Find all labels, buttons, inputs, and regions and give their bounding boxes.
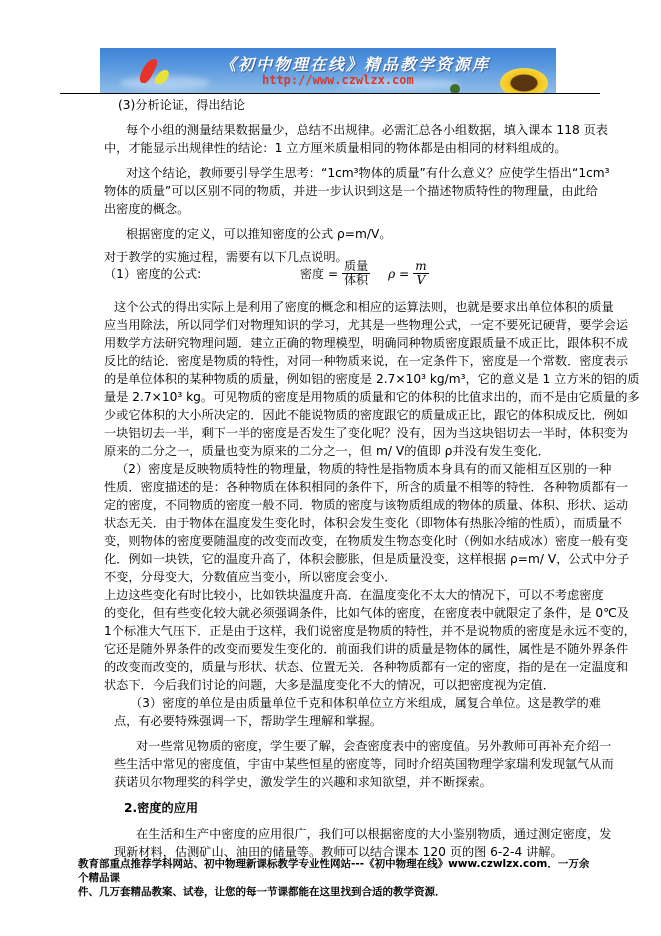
paragraph-line: 性质．密度描述的是：各种物质在体积相同的条件下，所含的质量不相等的特性．各种物质… (104, 478, 628, 497)
paragraph-line: 出密度的概念。 (104, 200, 189, 219)
paragraph-line: 应当用除法，所以同学们对物理知识的学习，尤其是一些物理公式，一定不要死记硬背，要… (104, 316, 628, 335)
list-item-label: （1）密度的公式: (104, 265, 201, 284)
paragraph-line: 原来的二分之一，质量也变为原来的二分之一，但 m/ V的值即 ρ并没有发生变化． (104, 442, 550, 461)
banner-url: http://www.czwlzx.com (262, 73, 414, 87)
paragraph-line: 每个小组的测量结果数据量少，总结不出规律。必需汇总各小组数据，填入课本 118 … (126, 121, 608, 140)
paragraph-line: 些生活中常见的密度值，宇宙中某些恒星的密度等，同时介绍英国物理学家瑞利发现氩气从… (114, 755, 614, 774)
footer-line: 件、几万套精品教案、试卷，让您的每一节课都能在这里找到合适的教学资源． (78, 885, 598, 899)
paragraph-line: 的是单位体积的某种物质的质量，例如铝的密度是 2.7×10³ kg/m³，它的意… (104, 370, 639, 389)
paragraph-line: 少或它体积的大小所决定的．因此不能说物质的密度跟它的质量成正比，跟它的体积成反比… (104, 406, 628, 425)
paragraph-line: 的改变而改变的，质量与形状、状态、位置无关．各种物质都有一定的密度，指的是在一定… (104, 658, 628, 677)
footer-line: 教育部重点推荐学科网站、初中物理新课标教学专业性网站---《初中物理在线》www… (78, 857, 598, 885)
formula-denominator: 体积 (342, 274, 370, 287)
paragraph-line: 反比的结论．密度是物质的特性，对同一种物质来说，在一定条件下，密度是一个常数．密… (104, 352, 628, 371)
paragraph-line: 化．例如一块铁，它的温度升高了，体积会膨胀，但是质量没变，这样根据 ρ=m/ V… (104, 550, 629, 569)
paragraph-line: 变，则物体的密度要随温度的改变而改变，在物质发生物态变化时（例如水结成冰）密度一… (104, 532, 628, 551)
paragraph-line: 状态无关．由于物体在温度发生变化时，体积会发生变化（即物体有热胀冷缩的性质），而… (104, 514, 622, 533)
header-divider (60, 93, 600, 94)
paragraph-line: 获诺贝尔物理奖的科学史，激发学生的兴趣和求知欲望，并不断探索。 (114, 773, 492, 792)
paragraph-line: 物体的质量”可以区别不同的物质，并进一步认识到这是一个描述物质特性的物理量，由此… (104, 182, 598, 201)
section-heading: (3)分析论证，得出结论 (118, 96, 245, 115)
paragraph-line: 的变化，但有些变化较大就必须强调条件，比如气体的密度，在密度表中就限定了条件，是… (104, 604, 629, 623)
paragraph-line: 一块铝切去一半，剩下一半的密度是否发生了变化呢？没有，因为当这块铝切去一半时，体… (104, 424, 628, 443)
paragraph-line: 在生活和生产中密度的应用很广，我们可以根据密度的大小鉴别物质，通过测定密度，发 (136, 825, 611, 844)
formula-numerator: m (413, 260, 428, 274)
formula-denominator: V (415, 274, 428, 287)
formula-equals: = (399, 267, 409, 281)
paragraph-line: 这个公式的得出实际上是利用了密度的概念和相应的运算法则，也就是要求出单位体积的质… (114, 298, 614, 317)
sunflower-icon (500, 68, 548, 93)
formula-equals: = (328, 267, 338, 281)
paragraph-line: 状态下．今后我们讨论的问题，大多是温度变化不大的情况，可以把密度视为定值． (104, 676, 555, 695)
leaf-icon (450, 84, 460, 93)
paragraph-line: 根据密度的定义，可以推知密度的公式 ρ=m/V。 (126, 225, 392, 244)
formula-lhs: 密度 (300, 265, 324, 282)
paragraph-line: 对一些常见物质的密度，学生要了解，会查密度表中的密度值。另外教师可再补充介绍一 (136, 737, 611, 756)
paragraph-line: （2）密度是反映物质特性的物理量，物质的特性是指物质本身具有的而又能相互区别的一… (116, 460, 611, 479)
paragraph-line: 用数学方法研究物理问题．建立正确的物理模型，明确同种物质密度跟质量不成正比，跟体… (104, 334, 628, 353)
formula-fraction-words: 质量 体积 (342, 260, 370, 287)
site-banner: 《初中物理在线》精品教学资源库 http://www.czwlzx.com (100, 48, 556, 93)
paragraph-line: 不变，分母变大，分数值应当变小，所以密度会变小． (104, 568, 397, 587)
paragraph-line: （3）密度的单位是由质量单位千克和体积单位立方米组成，属复合单位。这是教学的难 (130, 694, 601, 713)
page-footer: 教育部重点推荐学科网站、初中物理新课标教学专业性网站---《初中物理在线》www… (78, 857, 598, 899)
paragraph-line: 中，才能显示出规律性的结论：1 立方厘米质量相同的物体都是由相同的材料组成的。 (104, 139, 567, 158)
density-formula: 密度 = 质量 体积 ρ = m V (300, 260, 429, 287)
paragraph-line: 点，有必要特殊强调一下，帮助学生理解和掌握。 (114, 712, 382, 731)
section-heading: 2.密度的应用 (124, 799, 198, 818)
banner-title: 《初中物理在线》精品教学资源库 (220, 52, 490, 75)
formula-numerator: 质量 (342, 260, 370, 274)
formula-fraction-symbols: m V (413, 260, 428, 287)
paragraph-line: 对这个结论，教师要引导学生思考：“1cm³物体的质量”有什么意义？应使学生悟出“… (126, 164, 610, 183)
paragraph-line: 量是 2.7×10³ kg。可见物质的密度是用物质的质量和它的体积的比值求出的，… (104, 388, 640, 407)
paragraph-line: 上边这些变化有时比较小，比如铁块温度升高．在温度变化不太大的情况下，可以不考虑密… (104, 586, 604, 605)
paragraph-line: 1个标准大气压下．正是由于这样，我们说密度是物质的特性，并不是说物质的密度是永远… (104, 622, 636, 641)
formula-rho: ρ (388, 267, 395, 281)
paragraph-line: 定的密度，不同物质的密度一般不同．物质的密度与该物质组成的物体的质量、体积、形状… (104, 496, 628, 515)
paragraph-line: 它还是随外界条件的改变而要发生变化的．前面我们讲的质量是物体的属性，属性是不随外… (104, 640, 628, 659)
